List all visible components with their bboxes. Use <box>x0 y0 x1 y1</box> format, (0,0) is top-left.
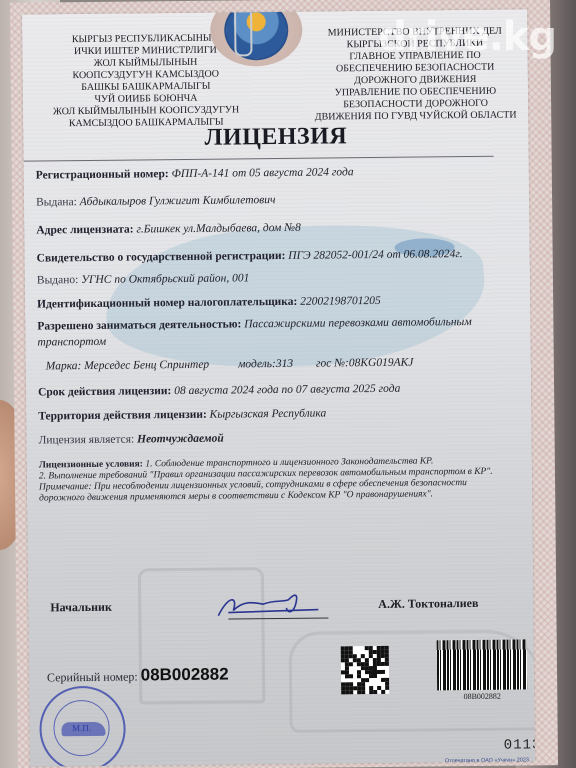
field-activity-cont: транспортом <box>37 336 106 349</box>
license-conditions: Лицензионные условия: 1. Соблюдение тран… <box>39 456 509 505</box>
document-title: ЛИЦЕНЗИЯ <box>23 121 528 153</box>
document-number: 011387 <box>504 737 535 754</box>
serial-number: Серийный номер: 08B002882 <box>47 665 229 687</box>
field-vehicle: Марка: Мерседес Бенц Спринтер модель:313… <box>46 357 414 373</box>
paperclip-icon <box>234 9 253 56</box>
field-issued-by: Выдано: УГНС по Октябрьский район, 001 <box>37 272 250 286</box>
title-divider <box>24 156 494 162</box>
signatory-name: А.Ж. Токтоналиев <box>378 596 478 612</box>
site-watermark: drive.kg <box>378 14 556 60</box>
field-territory: Территория действия лицензии: Кыргызская… <box>38 408 326 423</box>
qr-code <box>341 646 390 695</box>
field-validity: Срок действия лицензии: 08 августа 2024 … <box>38 383 400 399</box>
signatory-title: Начальник <box>50 600 112 616</box>
field-reg-number: Регистрационный номер: ФПП-А-141 от 05 а… <box>36 166 354 181</box>
barcode <box>437 639 528 690</box>
barcode-number: 08B002882 <box>437 691 527 701</box>
signature-icon <box>208 589 348 620</box>
official-stamp: М.П. <box>39 686 126 767</box>
field-issued-to: Выдана: Абдыкалыров Гулжигит Кимбилетови… <box>36 194 276 209</box>
field-nature: Лицензия является: Неотчуждаемой <box>38 433 223 447</box>
police-car-icon <box>61 722 105 736</box>
license-document: КЫРГЫЗ РЕСПУБЛИКАСЫНЫН ИЧКИ ИШТЕР МИНИСТ… <box>22 9 535 766</box>
